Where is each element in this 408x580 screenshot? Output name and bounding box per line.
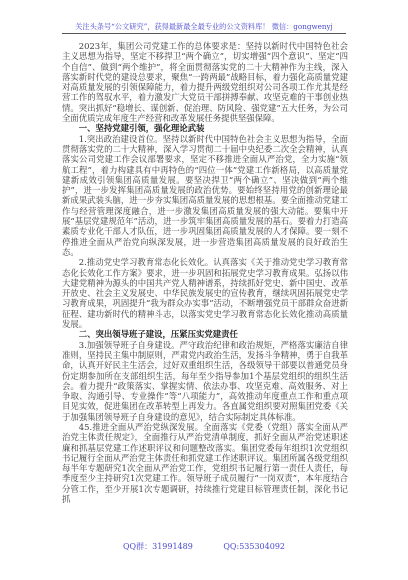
qq-number-text: QQ:535304092 bbox=[223, 542, 285, 551]
paragraph-item-2: 2.推动党史学习教育常态化长效化。认真落实《关于推动党史学习教育常态化长效化工作… bbox=[62, 257, 348, 329]
intro-paragraph: 2023年，集团公司党建工作的总体要求是：坚持以新时代中国特色社会主义思想为指导… bbox=[62, 41, 348, 123]
document-body: 2023年，集团公司党建工作的总体要求是：坚持以新时代中国特色社会主义思想为指导… bbox=[62, 41, 348, 504]
paragraph-item-3: 3.加强领导班子自身建设。严守政治纪律和政治规矩，严格落实廉洁自律准则，坚持民主… bbox=[62, 340, 348, 422]
promo-header: 关注头条号“公文研究”，获得最新最全最专业的公文资料库！ 微信：gongweny… bbox=[62, 22, 346, 34]
contact-footer: QQ群：31991489 QQ:535304092 bbox=[0, 541, 408, 552]
paragraph-item-4: 45.推进全面从严治党纵深发展。全面落实《党委（党组）落实全面从严治党主体责任规… bbox=[62, 422, 348, 504]
paragraph-item-1: 1.突出政治建设首位。坚持以新时代中国特色社会主义思想为指导，全面贯彻落实党的二… bbox=[62, 134, 348, 258]
section-heading-2: 二、突出领导班子建设，压紧压实党建责任 bbox=[62, 329, 348, 339]
promo-header-text: 关注头条号“公文研究”，获得最新最全最专业的公文资料库！ 微信：gongweny… bbox=[75, 22, 333, 31]
section-heading-1: 一、坚持党建引领，强化理论武装 bbox=[62, 123, 348, 133]
qq-group-text: QQ群：31991489 bbox=[123, 541, 193, 552]
